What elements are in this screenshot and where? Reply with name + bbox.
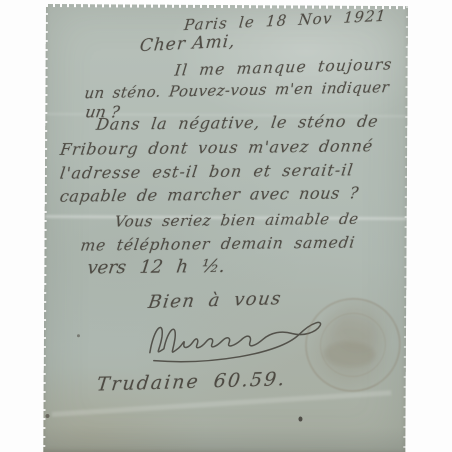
closing-line: Bien à vous bbox=[147, 290, 283, 312]
perforated-edge-left bbox=[42, 4, 48, 452]
perforated-edge-right bbox=[403, 6, 409, 452]
postmark-stamp bbox=[293, 286, 413, 405]
ink-speck bbox=[45, 414, 49, 418]
body-line-5: Fribourg dont vous m'avez donné bbox=[59, 138, 374, 158]
ink-speck bbox=[77, 334, 80, 337]
scanned-letter-photo: Paris le 18 Nov 1921 Cher Ami, Il me man… bbox=[0, 0, 452, 452]
body-line-10: vers 12 h ½. bbox=[86, 258, 226, 278]
ink-speck bbox=[298, 417, 302, 422]
letter-card: Paris le 18 Nov 1921 Cher Ami, Il me man… bbox=[43, 4, 408, 452]
date-line: Paris le 18 Nov 1921 bbox=[183, 9, 387, 33]
salutation: Cher Ami, bbox=[139, 34, 236, 56]
body-line-8: Vous seriez bien aimable de bbox=[114, 212, 360, 230]
body-line-7: capable de marcher avec nous ? bbox=[59, 185, 360, 204]
body-line-1: Il me manque toujours bbox=[174, 57, 394, 79]
body-line-9: me téléphoner demain samedi bbox=[80, 235, 357, 254]
phone-line: Trudaine 60.59. bbox=[96, 370, 288, 395]
body-line-2: un sténo. Pouvez-vous m'en indiquer bbox=[84, 80, 390, 101]
body-line-4: Dans la négative, le sténo de bbox=[95, 114, 379, 133]
body-line-6: l'adresse est-il bon et serait-il bbox=[59, 162, 355, 181]
